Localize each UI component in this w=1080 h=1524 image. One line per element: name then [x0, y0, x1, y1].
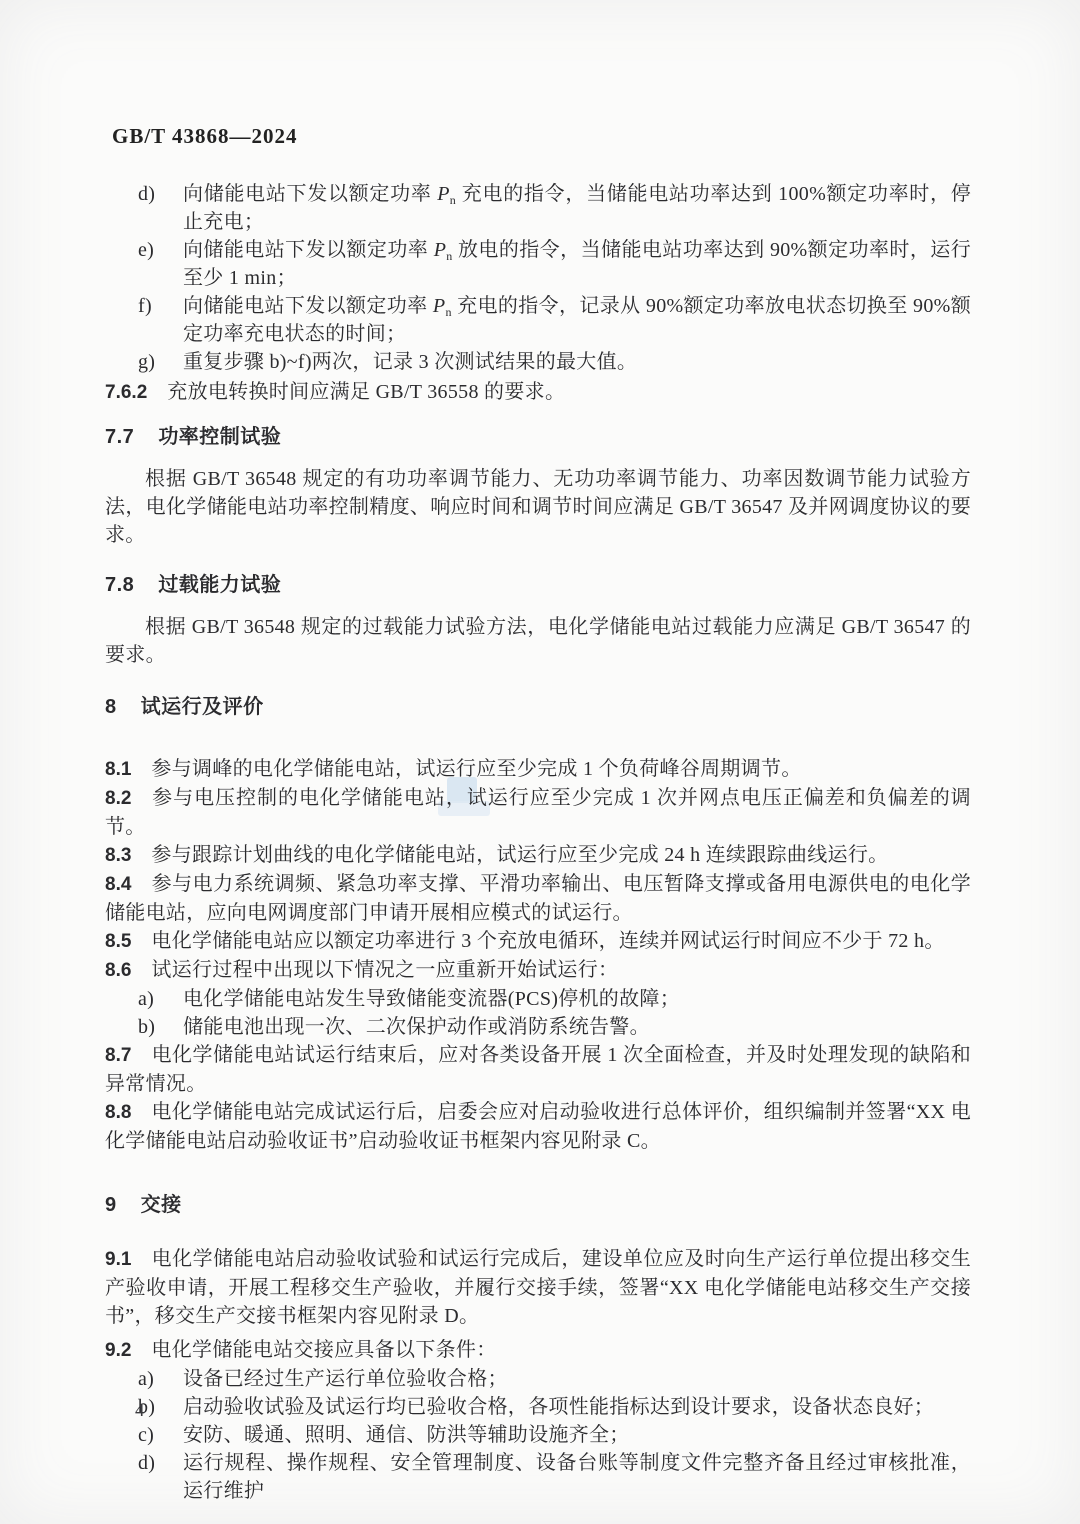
heading-9: 9交接 — [105, 1191, 971, 1219]
clause-8-1: 8.1参与调峰的电化学储能电站，试运行应至少完成 1 个负荷峰谷周期调节。 — [105, 755, 971, 784]
clause-number: 8.6 — [105, 960, 131, 981]
variable-Pn: Pn — [433, 295, 452, 317]
list-item-b: b)启动验收试验及试运行均已验收合格，各项性能指标达到设计要求，设备状态良好； — [105, 1393, 971, 1421]
list-item-g: g)重复步骤 b)~f)两次，记录 3 次测试结果的最大值。 — [105, 348, 971, 376]
clause-text: 充放电转换时间应满足 GB/T 36558 的要求。 — [167, 381, 565, 403]
list-label: a) — [138, 1365, 154, 1393]
page-number: 4 — [135, 1400, 145, 1422]
variable-Pn: Pn — [437, 183, 456, 205]
clause-text: 参与调峰的电化学储能电站，试运行应至少完成 1 个负荷峰谷周期调节。 — [151, 758, 801, 780]
list-item-c: c)安防、暖通、照明、通信、防洪等辅助设施齐全； — [105, 1421, 971, 1449]
list-text: 储能电池出现一次、二次保护动作或消防系统告警。 — [183, 1016, 650, 1038]
list-label: a) — [138, 985, 154, 1013]
clause-8-5: 8.5电化学储能电站应以额定功率进行 3 个充放电循环，连续并网试运行时间应不少… — [105, 927, 971, 956]
heading-number: 7.8 — [105, 574, 134, 596]
clause-8-2: 8.2参与电压控制的电化学储能电站，试运行应至少完成 1 次并网点电压正偏差和负… — [105, 784, 971, 841]
list-text: 运行规程、操作规程、安全管理制度、设备台账等制度文件完整齐备且经过审核批准，运行… — [183, 1452, 971, 1502]
heading-7-7: 7.7功率控制试验 — [105, 423, 971, 451]
heading-7-8: 7.8过载能力试验 — [105, 571, 971, 599]
clause-9-1: 9.1电化学储能电站启动验收试验和试运行完成后，建设单位应及时向生产运行单位提出… — [105, 1245, 971, 1330]
clause-number: 8.3 — [105, 845, 131, 866]
list-text: 启动验收试验及试运行均已验收合格，各项性能指标达到设计要求，设备状态良好； — [183, 1396, 934, 1418]
clause-text: 电化学储能电站应以额定功率进行 3 个充放电循环，连续并网试运行时间应不少于 7… — [151, 930, 944, 952]
clause-number: 7.6.2 — [105, 382, 147, 403]
list-text: 向储能电站下发以额定功率 — [183, 183, 437, 205]
clause-8-4: 8.4参与电力系统调频、紧急功率支撑、平滑功率输出、电压暂降支撑或备用电源供电的… — [105, 870, 971, 927]
clause-number: 8.1 — [105, 759, 131, 780]
list-item-e: e)向储能电站下发以额定功率 Pn 放电的指令，当储能电站功率达到 90%额定功… — [105, 236, 971, 292]
list-label: f) — [138, 292, 152, 320]
clause-number: 8.7 — [105, 1045, 131, 1066]
clause-8-3: 8.3参与跟踪计划曲线的电化学储能电站，试运行应至少完成 24 h 连续跟踪曲线… — [105, 841, 971, 870]
list-item-b: b)储能电池出现一次、二次保护动作或消防系统告警。 — [105, 1013, 971, 1041]
clause-number: 9.1 — [105, 1249, 131, 1270]
heading-title: 交接 — [141, 1194, 182, 1216]
list-item-d: d)运行规程、操作规程、安全管理制度、设备台账等制度文件完整齐备且经过审核批准，… — [105, 1449, 971, 1505]
clause-text: 试运行过程中出现以下情况之一应重新开始试运行： — [151, 959, 618, 981]
list-label: c) — [138, 1421, 154, 1449]
paragraph-7-8: 根据 GB/T 36548 规定的过载能力试验方法，电化学储能电站过载能力应满足… — [105, 613, 971, 669]
clause-8-7: 8.7电化学储能电站试运行结束后，应对各类设备开展 1 次全面检查，并及时处理发… — [105, 1041, 971, 1098]
list-text: 向储能电站下发以额定功率 — [183, 295, 433, 317]
heading-number: 7.7 — [105, 426, 134, 448]
heading-title: 试运行及评价 — [141, 696, 264, 718]
clause-text: 电化学储能电站启动验收试验和试运行完成后，建设单位应及时向生产运行单位提出移交生… — [105, 1248, 971, 1327]
list-text: 设备已经过生产运行单位验收合格； — [183, 1368, 508, 1390]
list-label: b) — [138, 1013, 155, 1041]
list-label: d) — [138, 180, 155, 208]
list-text: 电化学储能电站发生导致储能变流器(PCS)停机的故障； — [183, 988, 680, 1010]
list-item-a: a)设备已经过生产运行单位验收合格； — [105, 1365, 971, 1393]
clause-7-6-2: 7.6.2充放电转换时间应满足 GB/T 36558 的要求。 — [105, 378, 971, 407]
list-label: e) — [138, 236, 154, 264]
heading-title: 功率控制试验 — [158, 426, 281, 448]
list-text: 重复步骤 b)~f)两次，记录 3 次测试结果的最大值。 — [183, 351, 637, 373]
clause-text: 参与电压控制的电化学储能电站，试运行应至少完成 1 次并网点电压正偏差和负偏差的… — [105, 787, 971, 838]
paragraph-7-7: 根据 GB/T 36548 规定的有功功率调节能力、无功功率调节能力、功率因数调… — [105, 465, 971, 549]
list-label: g) — [138, 348, 155, 376]
clause-number: 9.2 — [105, 1340, 131, 1361]
clause-text: 电化学储能电站交接应具备以下条件： — [151, 1339, 496, 1361]
clause-number: 8.8 — [105, 1102, 131, 1123]
list-item-a: a)电化学储能电站发生导致储能变流器(PCS)停机的故障； — [105, 985, 971, 1013]
clause-number: 8.4 — [105, 874, 131, 895]
document-body: d)向储能电站下发以额定功率 Pn 充电的指令，当储能电站功率达到 100%额定… — [105, 180, 971, 1505]
clause-text: 参与跟踪计划曲线的电化学储能电站，试运行应至少完成 24 h 连续跟踪曲线运行。 — [151, 844, 888, 866]
clause-number: 8.5 — [105, 931, 131, 952]
list-text: 安防、暖通、照明、通信、防洪等辅助设施齐全； — [183, 1424, 630, 1446]
list-item-f: f)向储能电站下发以额定功率 Pn 充电的指令，记录从 90%额定功率放电状态切… — [105, 292, 971, 348]
variable-Pn: Pn — [434, 239, 453, 261]
list-item-d: d)向储能电站下发以额定功率 Pn 充电的指令，当储能电站功率达到 100%额定… — [105, 180, 971, 236]
heading-number: 9 — [105, 1194, 117, 1216]
list-label: d) — [138, 1449, 155, 1477]
heading-number: 8 — [105, 696, 117, 718]
clause-8-6: 8.6试运行过程中出现以下情况之一应重新开始试运行： — [105, 956, 971, 985]
clause-number: 8.2 — [105, 788, 131, 809]
clause-text: 参与电力系统调频、紧急功率支撑、平滑功率输出、电压暂降支撑或备用电源供电的电化学… — [105, 873, 971, 924]
clause-8-8: 8.8电化学储能电站完成试运行后，启委会应对启动验收进行总体评价，组织编制并签署… — [105, 1098, 971, 1155]
list-text: 向储能电站下发以额定功率 — [183, 239, 434, 261]
clause-text: 电化学储能电站试运行结束后，应对各类设备开展 1 次全面检查，并及时处理发现的缺… — [105, 1044, 971, 1095]
heading-8: 8试运行及评价 — [105, 693, 971, 721]
clause-9-2: 9.2电化学储能电站交接应具备以下条件： — [105, 1336, 971, 1365]
standard-number-header: GB/T 43868—2024 — [112, 124, 298, 149]
heading-title: 过载能力试验 — [158, 574, 281, 596]
clause-text: 电化学储能电站完成试运行后，启委会应对启动验收进行总体评价，组织编制并签署“XX… — [105, 1101, 971, 1152]
